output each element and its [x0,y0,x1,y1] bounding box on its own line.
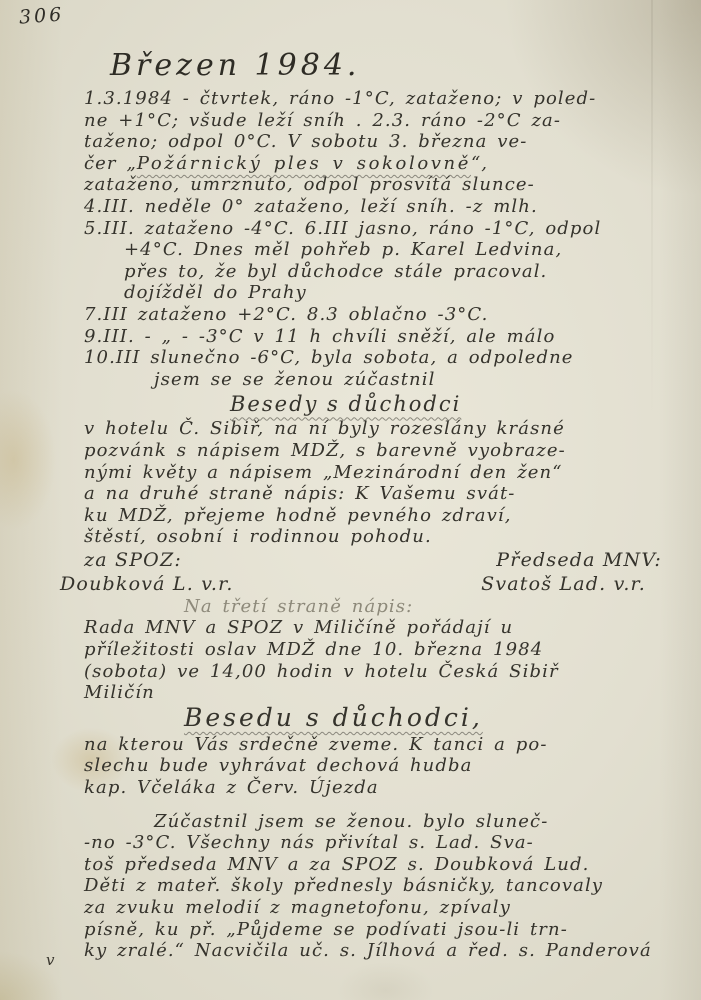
third-page-note: Na třetí straně nápis: [84,596,676,618]
handwritten-line: příležitosti oslav MDŽ dne 10. března 19… [84,639,676,661]
handwritten-line: toš předseda MNV a za SPOZ s. Doubková L… [84,854,676,876]
signature-names-row: Doubková L. v.r. Svatoš Lad. v.r. [60,572,676,596]
handwritten-line: 1.3.1984 - čtvrtek, ráno -1°C, zataženo;… [84,88,676,110]
handwritten-line: slechu bude vyhrávat dechová hudba [84,755,676,777]
line-suffix: “, [471,153,488,174]
handwritten-line: 7.III zataženo +2°C. 8.3 oblačno -3°C. [84,304,676,326]
handwritten-line: (sobota) ve 14,00 hodin v hotelu Česká S… [84,661,676,683]
signature-name-left: Doubková L. v.r. [60,572,234,596]
page-number: 306 [18,3,65,28]
chronicle-page: 306 Březen 1984. 1.3.1984 - čtvrtek, rán… [0,0,701,1000]
handwritten-line: Miličín [84,682,676,704]
handwritten-line: 10.III slunečno -6°C, byla sobota, a odp… [84,347,676,369]
handwritten-line: v hotelu Č. Sibiř, na ní byly rozeslány … [84,418,676,440]
handwritten-line: +4°C. Dnes měl pohřeb p. Karel Ledvina, [84,239,676,261]
handwritten-line: za zvuku melodií z magnetofonu, zpívaly [84,897,676,919]
handwritten-line: štěstí, osobní i rodinnou pohodu. [84,526,676,548]
signature-role-left: za SPOZ: [84,548,182,572]
handwritten-line: ne +1°C; všude leží sníh . 2.3. ráno -2°… [84,110,676,132]
handwritten-line: Rada MNV a SPOZ v Miličíně pořádají u [84,617,676,639]
handwritten-line: kap. Včeláka z Červ. Újezda [84,777,676,799]
section-heading-besedy: Besedy s důchodci [230,390,676,418]
line-prefix: čer „ [84,153,137,174]
handwritten-line: čer „Požárnický ples v sokolovně“, [84,153,676,175]
handwritten-line: Zúčastnil jsem se ženou. bylo sluneč- [84,811,676,833]
handwritten-line: nými květy a nápisem „Mezinárodní den že… [84,462,676,484]
month-title: Březen 1984. [110,48,676,83]
handwritten-line: a na druhé straně nápis: K Vašemu svát- [84,483,676,505]
margin-checkmark: v [46,951,54,969]
handwritten-line: dojížděl do Prahy [84,282,676,304]
handwritten-line: na kterou Vás srdečně zveme. K tanci a p… [84,734,676,756]
handwritten-line: písně, ku př. „Půjdeme se podívati jsou-… [84,919,676,941]
handwritten-line: 9.III. - „ - -3°C v 11 h chvíli sněží, a… [84,326,676,348]
handwritten-line: jsem se se ženou zúčastnil [84,369,676,391]
handwritten-line: taženo; odpol 0°C. V sobotu 3. března ve… [84,131,676,153]
handwritten-line: -no -3°C. Všechny nás přivítal s. Lad. S… [84,832,676,854]
handwritten-line: 4.III. neděle 0° zataženo, leží sníh. -z… [84,196,676,218]
handwritten-content: Březen 1984. 1.3.1984 - čtvrtek, ráno -1… [84,48,676,962]
handwritten-line: přes to, že byl důchodce stále pracoval. [84,261,676,283]
handwritten-line: Děti z mateř. školy přednesly básničky, … [84,875,676,897]
handwritten-line: ku MDŽ, přejeme hodně pevného zdraví, [84,505,676,527]
ball-name-underlined: Požárnický ples v sokolovně [137,153,471,174]
signature-name-right: Svatoš Lad. v.r. [481,572,646,596]
handwritten-line: 5.III. zataženo -4°C. 6.III jasno, ráno … [84,218,676,240]
section-heading-besedu: Besedu s důchodci, [184,702,676,734]
signature-role-right: Předseda MNV: [496,548,662,572]
handwritten-line: zataženo, umrznuto, odpol prosvítá slunc… [84,174,676,196]
handwritten-line: ky zralé.“ Nacvičila uč. s. Jílhová a ře… [84,940,676,962]
signature-roles-row: za SPOZ: Předseda MNV: [84,548,676,572]
handwritten-line: pozvánk s nápisem MDŽ, s barevně vyobraz… [84,440,676,462]
